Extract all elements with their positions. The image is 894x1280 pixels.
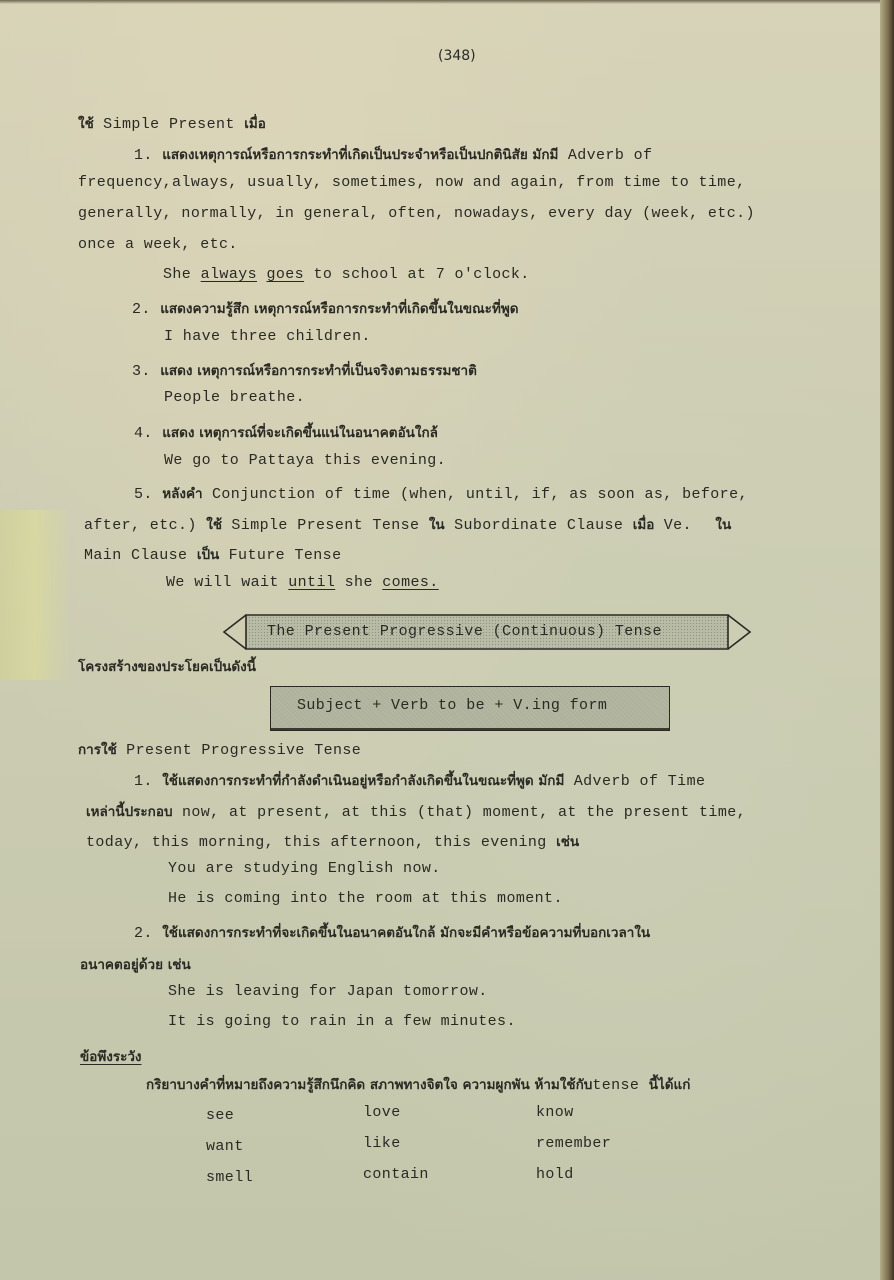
en-text: Conjunction of time (when, until, if, as… [212,486,748,503]
example-text: She [163,266,191,283]
thai-text: เมื่อ [633,517,655,533]
underlined-word: comes. [382,574,438,591]
sp-item-1-example: She always goes to school at 7 o'clock. [163,266,530,283]
example-text: she [345,574,373,591]
en-text: Future Tense [229,547,342,564]
verb-cell: remember [536,1135,611,1152]
verb-cell: like [363,1135,401,1152]
en-text: Main Clause [84,547,187,564]
simple-present-heading: ใช้ Simple Present เมื่อ [78,112,266,134]
en-text: now, at present, at this (that) moment, … [182,804,746,821]
item-number: 3. [132,363,151,380]
sp-item-1-line3: generally, normally, in general, often, … [78,205,755,222]
example-text: We will wait [166,574,279,591]
pp-item-1-line3: today, this morning, this afternoon, thi… [86,830,579,852]
sp-item-2-line1: 2. แสดงความรู้สึก เหตุการณ์หรือการกระทำท… [132,297,519,319]
verb-cell: love [363,1104,401,1121]
item-number: 1. [134,147,153,164]
item-number: 1. [134,773,153,790]
page-number: (348) [438,48,476,64]
sp-item-2-example: I have three children. [164,328,371,345]
sp-item-3-example: People breathe. [164,389,305,406]
en-text: Adverb of Time [574,773,706,790]
item-number: 2. [132,301,151,318]
en-text: Present Progressive Tense [126,742,361,759]
verb-cell: see [206,1107,234,1124]
thai-text: ใช้แสดงการกระทำที่จะเกิดขึ้นในอนาคตอันใก… [162,925,650,941]
banner-title: The Present Progressive (Continuous) Ten… [267,623,662,640]
pp-item-1-example-2: He is coming into the room at this momen… [168,890,563,907]
en-text: Adverb of [568,147,653,164]
en-text: Ve. [664,517,692,534]
item-number: 2. [134,925,153,942]
thai-text: กริยาบางคำที่หมายถึงความรู้สึกนึกคิด สภา… [146,1077,592,1093]
heading-en: Simple Present [103,116,235,133]
en-text: Simple Present Tense [231,517,419,534]
thai-text: ใช้แสดงการกระทำที่กำลังดำเนินอยู่หรือกำล… [162,773,564,789]
thai-text: การใช้ [78,742,117,758]
sp-item-1-line1: 1. แสดงเหตุการณ์หรือการกระทำที่เกิดเป็นป… [134,143,652,165]
verb-cell: want [206,1138,244,1155]
thai-text: เป็น [197,547,219,563]
pp-item-2-example-2: It is going to rain in a few minutes. [168,1013,516,1030]
sp-item-3-line1: 3. แสดง เหตุการณ์หรือการกระทำที่เป็นจริง… [132,359,477,381]
caution-heading: ข้อพึงระวัง [80,1045,142,1067]
verb-cell: smell [206,1169,253,1186]
verb-cell: know [536,1104,574,1121]
pp-item-1-line2: เหล่านี้ประกอบ now, at present, at this … [86,800,746,822]
heading-thai-end: เมื่อ [244,116,266,132]
underlined-word: always [201,266,257,283]
thai-text: แสดง เหตุการณ์หรือการกระทำที่เป็นจริงตาม… [160,363,477,379]
formula-box: Subject + Verb to be + V.ing form [270,686,670,731]
en-text: today, this morning, this afternoon, thi… [86,834,547,851]
sp-item-5-line2: after, etc.) ใช้ Simple Present Tense ใน… [84,513,731,535]
verb-cell: hold [536,1166,574,1183]
pp-item-1-line1: 1. ใช้แสดงการกระทำที่กำลังดำเนินอยู่หรือ… [134,769,705,791]
caution-text: กริยาบางคำที่หมายถึงความรู้สึกนึกคิด สภา… [146,1073,690,1095]
thai-text: แสดงความรู้สึก เหตุการณ์หรือการกระทำที่เ… [160,301,518,317]
underlined-word: until [288,574,335,591]
heading-thai: ใช้ [78,116,94,132]
thai-text: หลังคำ [162,486,202,502]
thai-text: เช่น [556,834,579,850]
thai-text: ใช้ [206,517,222,533]
item-number: 5. [134,486,153,503]
thai-text: แสดงเหตุการณ์หรือการกระทำที่เกิดเป็นประจ… [162,147,558,163]
formula-text: Subject + Verb to be + V.ing form [297,697,607,714]
page-binding-edge [880,0,894,1280]
page-light-glare [0,510,70,680]
thai-text: ใน [715,517,731,533]
page-top-shadow [0,0,894,4]
pp-item-2-example-1: She is leaving for Japan tomorrow. [168,983,488,1000]
en-text: after, etc.) [84,517,197,534]
thai-text: เหล่านี้ประกอบ [86,804,173,820]
thai-text: แสดง เหตุการณ์ที่จะเกิดขึ้นแน่ในอนาคตอัน… [162,425,438,441]
pp-item-1-example-1: You are studying English now. [168,860,441,877]
section-banner: The Present Progressive (Continuous) Ten… [222,614,752,650]
verb-cell: contain [363,1166,429,1183]
pp-item-2-line1: 2. ใช้แสดงการกระทำที่จะเกิดขึ้นในอนาคตอั… [134,921,650,943]
sp-item-1-line2: frequency,always, usually, sometimes, no… [78,174,746,191]
sp-item-5-example: We will wait until she comes. [166,574,439,591]
sp-item-4-line1: 4. แสดง เหตุการณ์ที่จะเกิดขึ้นแน่ในอนาคต… [134,421,438,443]
thai-text: ใน [429,517,445,533]
pp-item-2-line2: อนาคตอยู่ด้วย เช่น [80,953,191,975]
en-text: tense [592,1077,639,1094]
underlined-word: goes [266,266,304,283]
sp-item-4-example: We go to Pattaya this evening. [164,452,446,469]
structure-label: โครงสร้างของประโยคเป็นดังนี้ [78,655,256,677]
usage-heading: การใช้ Present Progressive Tense [78,738,361,760]
sp-item-5-line3: Main Clause เป็น Future Tense [84,543,341,565]
thai-text: นี้ได้แก่ [649,1077,691,1093]
sp-item-5-line1: 5. หลังคำ Conjunction of time (when, unt… [134,482,748,504]
en-text: Subordinate Clause [454,517,623,534]
example-text: to school at 7 o'clock. [313,266,529,283]
sp-item-1-line4: once a week, etc. [78,236,238,253]
item-number: 4. [134,425,153,442]
